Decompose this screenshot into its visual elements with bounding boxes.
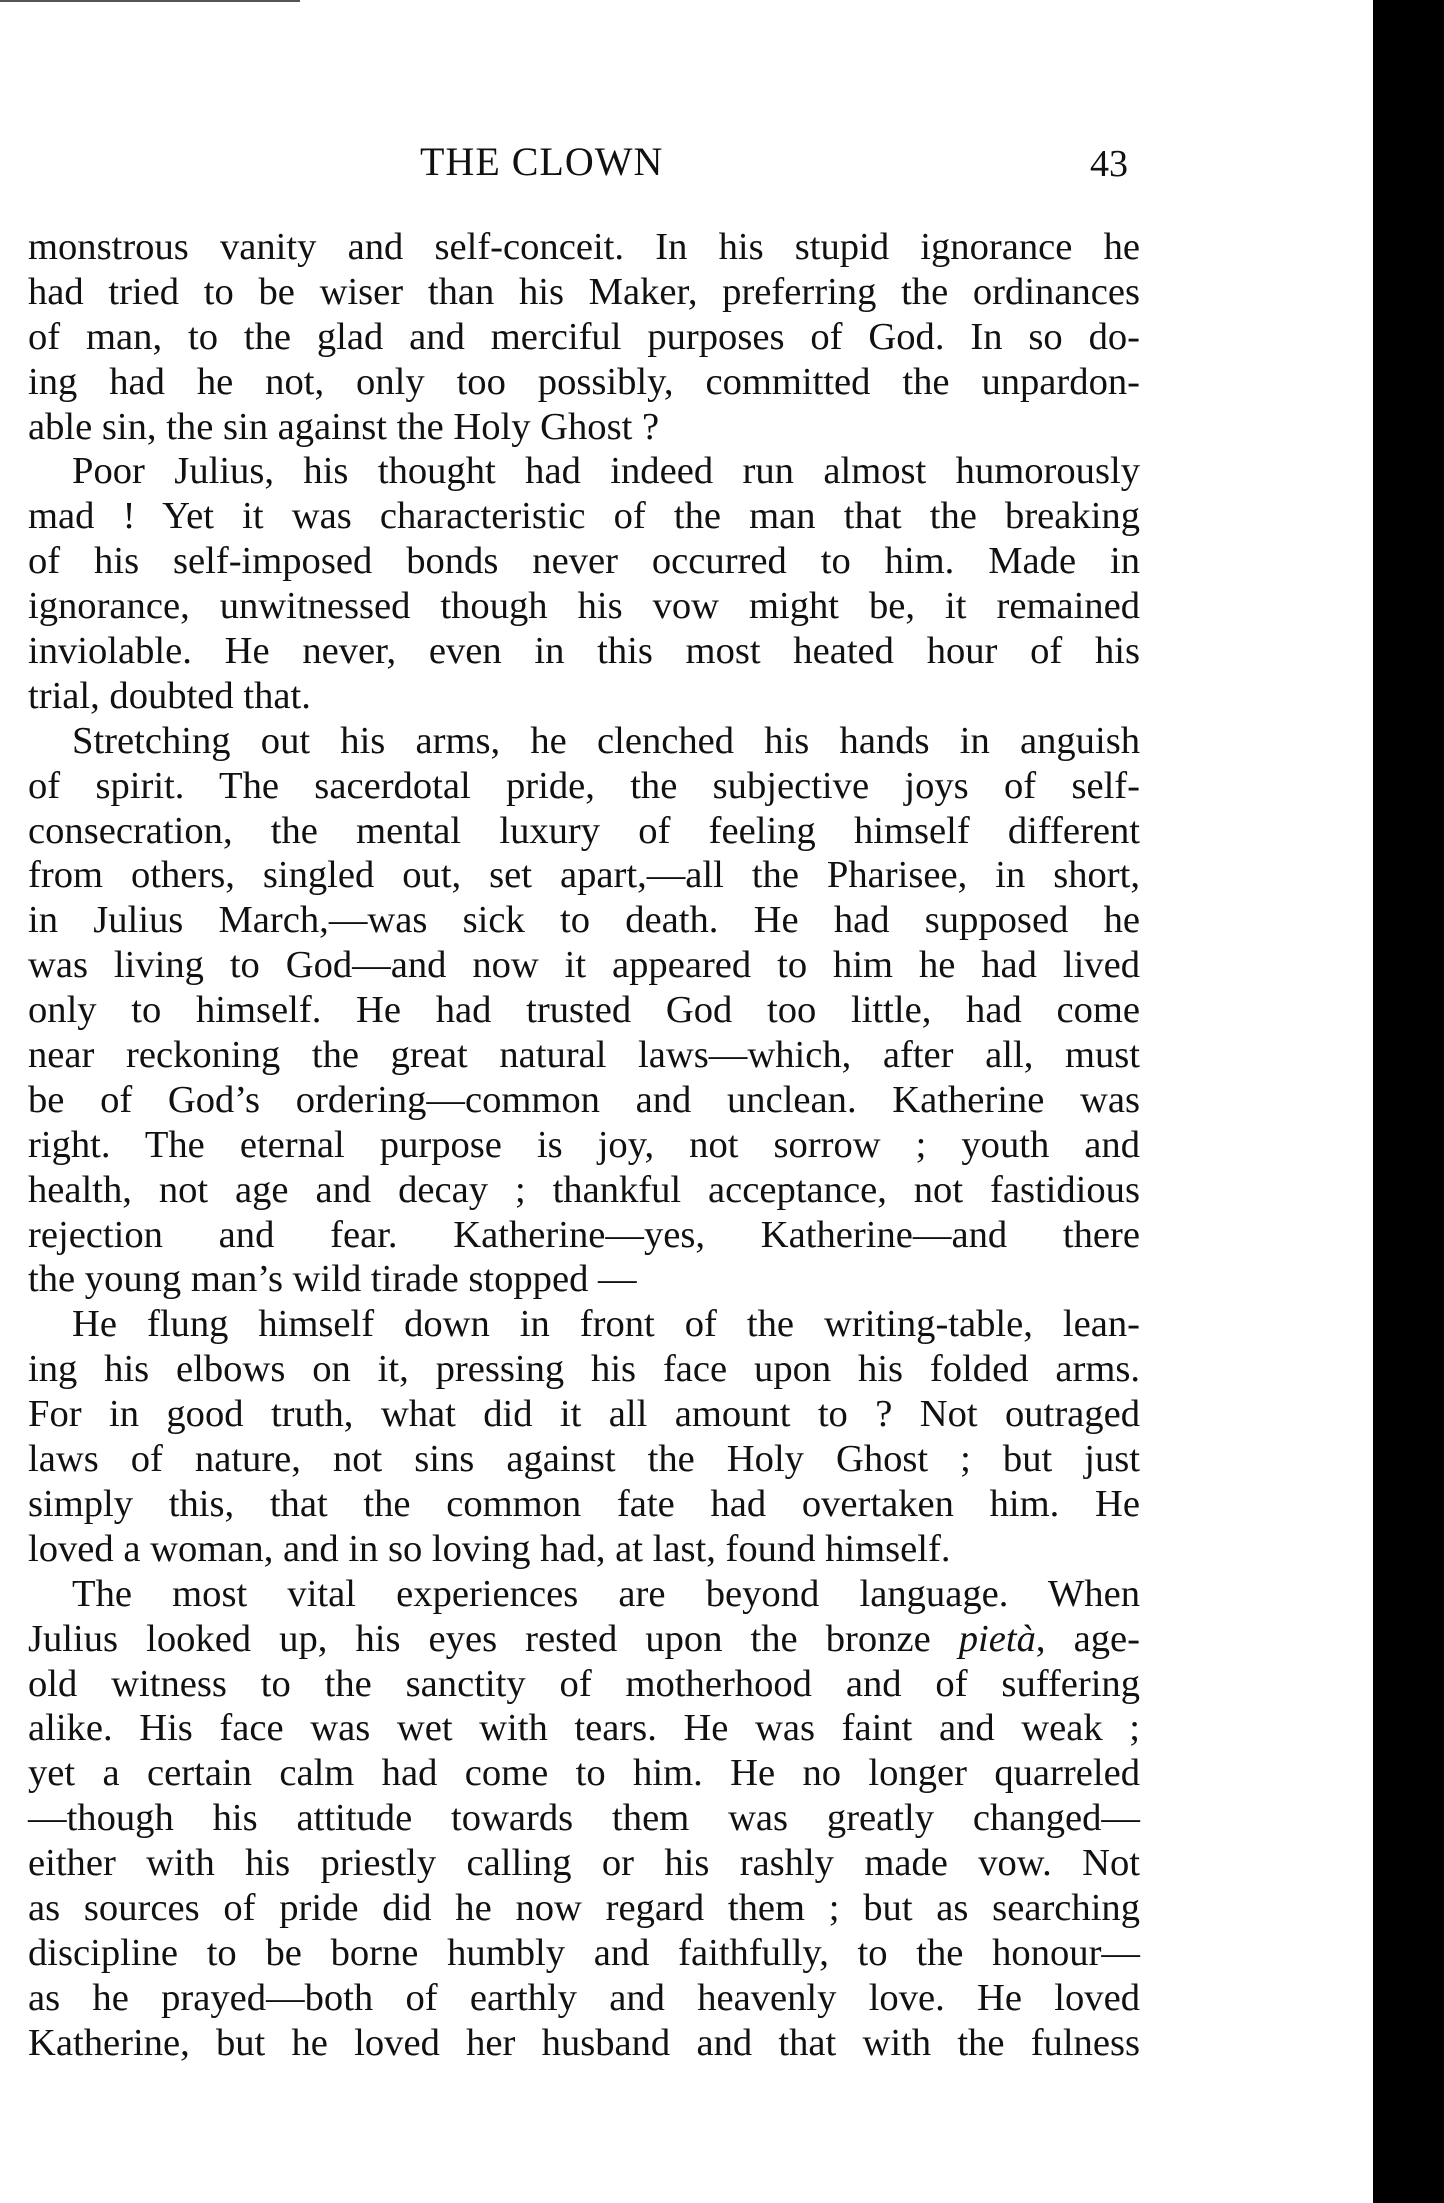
scan-artifact-top xyxy=(0,0,300,2)
text-line: rejection and fear. Katherine—yes, Kathe… xyxy=(28,1213,1140,1258)
text-line: The most vital experiences are beyond la… xyxy=(28,1572,1140,1617)
paragraph: Poor Julius, his thought had indeed run … xyxy=(28,449,1140,718)
text-line: mad ! Yet it was characteristic of the m… xyxy=(28,494,1140,539)
text-line: health, not age and decay ; thankful acc… xyxy=(28,1168,1140,1213)
text-line: ing had he not, only too possibly, commi… xyxy=(28,360,1140,405)
text-line: near reckoning the great natural laws—wh… xyxy=(28,1033,1140,1078)
text-line: Stretching out his arms, he clenched his… xyxy=(28,719,1140,764)
text-line: of his self-imposed bonds never occurred… xyxy=(28,539,1140,584)
paragraph: monstrous vanity and self-conceit. In hi… xyxy=(28,225,1140,449)
text-line: consecration, the mental luxury of feeli… xyxy=(28,809,1140,854)
text-line: monstrous vanity and self-conceit. In hi… xyxy=(28,225,1140,270)
text-line: as he prayed—both of earthly and heavenl… xyxy=(28,1976,1140,2021)
text-line: be of God’s ordering—common and unclean.… xyxy=(28,1078,1140,1123)
text-line: right. The eternal purpose is joy, not s… xyxy=(28,1123,1140,1168)
text-line: loved a woman, and in so loving had, at … xyxy=(28,1527,1140,1572)
text-line: had tried to be wiser than his Maker, pr… xyxy=(28,270,1140,315)
italic-term: pietà xyxy=(959,1618,1036,1660)
page-number: 43 xyxy=(1090,142,1128,186)
text-line: alike. His face was wet with tears. He w… xyxy=(28,1706,1140,1751)
text-line: Poor Julius, his thought had indeed run … xyxy=(28,449,1140,494)
text-line: trial, doubted that. xyxy=(28,674,1140,719)
text-line: from others, singled out, set apart,—all… xyxy=(28,853,1140,898)
text-line: Katherine, but he loved her husband and … xyxy=(28,2021,1140,2066)
text-line: of spirit. The sacerdotal pride, the sub… xyxy=(28,764,1140,809)
scan-edge-shadow xyxy=(1373,0,1444,2203)
text-line: discipline to be borne humbly and faithf… xyxy=(28,1931,1140,1976)
text-line: He flung himself down in front of the wr… xyxy=(28,1302,1140,1347)
text-line: Julius looked up, his eyes rested upon t… xyxy=(28,1617,1140,1662)
text-line: —though his attitude towards them was gr… xyxy=(28,1796,1140,1841)
text-line: yet a certain calm had come to him. He n… xyxy=(28,1751,1140,1796)
text-line: able sin, the sin against the Holy Ghost… xyxy=(28,405,1140,450)
text-line: simply this, that the common fate had ov… xyxy=(28,1482,1140,1527)
text-line: inviolable. He never, even in this most … xyxy=(28,629,1140,674)
text-line: of man, to the glad and merciful purpose… xyxy=(28,315,1140,360)
text-line: as sources of pride did he now regard th… xyxy=(28,1886,1140,1931)
text-line: in Julius March,—was sick to death. He h… xyxy=(28,898,1140,943)
text-line: For in good truth, what did it all amoun… xyxy=(28,1392,1140,1437)
text-line: ignorance, unwitnessed though his vow mi… xyxy=(28,584,1140,629)
text-line: ing his elbows on it, pressing his face … xyxy=(28,1347,1140,1392)
text-line: the young man’s wild tirade stopped — xyxy=(28,1257,1140,1302)
text-line: only to himself. He had trusted God too … xyxy=(28,988,1140,1033)
paragraph: The most vital experiences are beyond la… xyxy=(28,1572,1140,2066)
text-line: laws of nature, not sins against the Hol… xyxy=(28,1437,1140,1482)
paragraph: He flung himself down in front of the wr… xyxy=(28,1302,1140,1571)
text-line: was living to God—and now it appeared to… xyxy=(28,943,1140,988)
paragraph: Stretching out his arms, he clenched his… xyxy=(28,719,1140,1303)
text-line: either with his priestly calling or his … xyxy=(28,1841,1140,1886)
running-title: THE CLOWN xyxy=(420,138,663,185)
page-header: THE CLOWN 43 xyxy=(0,138,1160,188)
body-text: monstrous vanity and self-conceit. In hi… xyxy=(28,225,1140,2066)
text-line: old witness to the sanctity of motherhoo… xyxy=(28,1662,1140,1707)
